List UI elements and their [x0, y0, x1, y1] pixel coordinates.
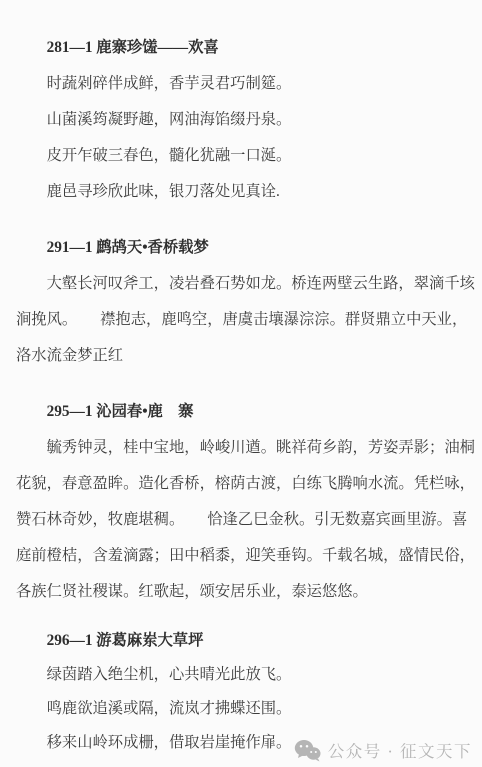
- ci-paragraph: 大壑长河叹斧工，凌岩叠石势如龙。桥连两壁云生路，翠滴千垓涧挽风。 襟抱志，鹿鸣空…: [16, 266, 475, 374]
- poem-line: 皮开乍破三春色，髓化犹融一口涎。: [16, 138, 475, 174]
- document-page: 281—1 鹿寨珍馐——欢喜 时蔬剁碎伴成鲜，香芋灵君巧制筵。 山菌溪筠凝野趣，…: [0, 0, 482, 760]
- poem-title: 281—1 鹿寨珍馐——欢喜: [16, 30, 475, 66]
- poem-title: 291—1 鹧鸪天•香桥载梦: [16, 230, 475, 266]
- poem-title: 296—1 游葛麻岽大草坪: [16, 624, 475, 658]
- poem-title: 295—1 沁园春•鹿 寨: [16, 394, 475, 430]
- poem-line: 鸣鹿欲追溪或隔，流岚才拂蝶还围。: [16, 692, 475, 726]
- ci-paragraph: 毓秀钟灵，桂中宝地，岭峻川遒。眺祥荷乡韵，芳姿弄影；油桐花貌，春意盈眸。造化香桥…: [16, 430, 475, 610]
- poem-line: 绿茵踏入绝尘机，心共晴光此放飞。: [16, 658, 475, 692]
- watermark-text: 公众号 · 征文天下: [328, 738, 472, 762]
- poem-section-291: 291—1 鹧鸪天•香桥载梦 大壑长河叹斧工，凌岩叠石势如龙。桥连两壁云生路，翠…: [16, 230, 475, 374]
- poem-line: 鹿邑寻珍欣此味，银刀落处见真诠.: [16, 174, 475, 210]
- poem-section-295: 295—1 沁园春•鹿 寨 毓秀钟灵，桂中宝地，岭峻川遒。眺祥荷乡韵，芳姿弄影；…: [16, 394, 475, 610]
- watermark: 公众号 · 征文天下: [294, 738, 472, 762]
- poem-line: 山菌溪筠凝野趣，网油海馅缀丹泉。: [16, 102, 475, 138]
- poem-line: 时蔬剁碎伴成鲜，香芋灵君巧制筵。: [16, 66, 475, 102]
- wechat-icon: [294, 739, 321, 762]
- poem-section-281: 281—1 鹿寨珍馐——欢喜 时蔬剁碎伴成鲜，香芋灵君巧制筵。 山菌溪筠凝野趣，…: [16, 30, 475, 210]
